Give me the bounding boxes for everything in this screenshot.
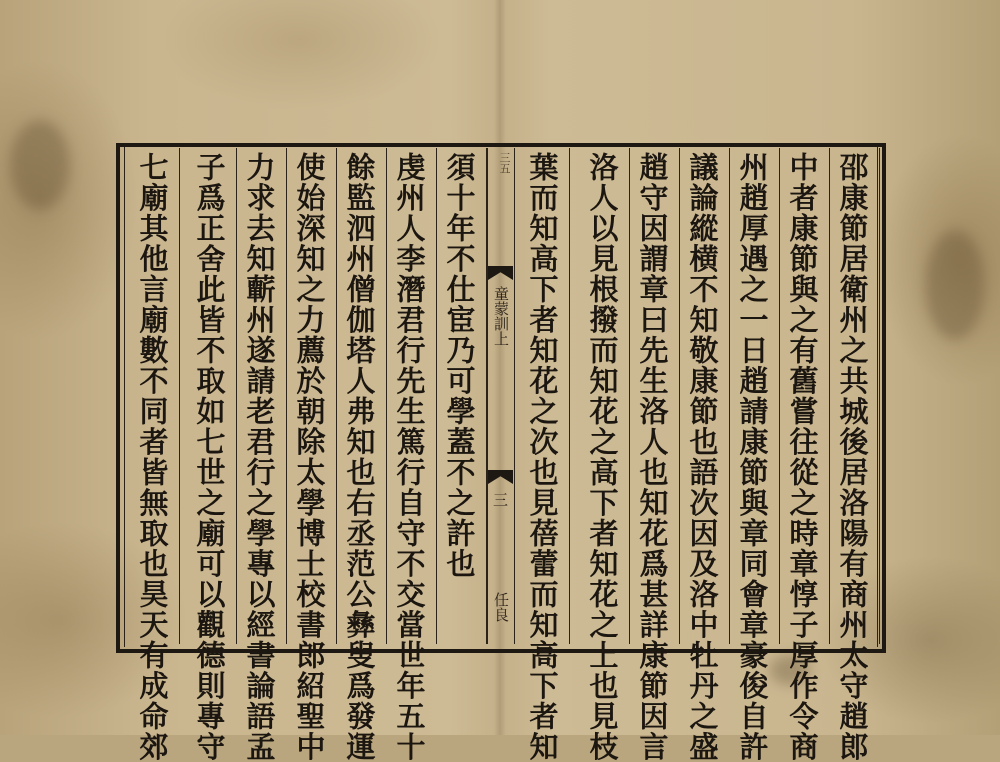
column-text: 中者康節與之有舊嘗往從之時章惇子厚作令商 [776, 152, 830, 735]
column-text: 餘監泗州僧伽塔人弗知也右丞范公彝叟爲發運 [333, 152, 387, 735]
water-stain [925, 230, 985, 340]
upper-margin-note: 三五 [492, 152, 512, 174]
text-column: 子爲正舍此皆不取如七世之廟可以觀德則專守 [183, 148, 237, 644]
text-column: 議論縱横不知敬康節也語次因及洛中牡丹之盛 [676, 148, 730, 644]
column-text: 洛人以見根撥而知花之高下者知花之上也見枝 [576, 152, 630, 735]
text-column: 中者康節與之有舊嘗往從之時章惇子厚作令商 [776, 148, 830, 644]
column-text: 使始深知之力薦於朝除太學博士校書郎紹聖中 [283, 152, 337, 735]
column-text: 州趙厚遇之一日趙請康節與章同會章豪俊自許 [726, 152, 780, 735]
book-title: 童蒙訓上 [491, 286, 511, 346]
lower-fishtail-mark [488, 470, 513, 484]
column-text: 虔州人李潛君行先生篤行自守不交當世年五十 [383, 152, 437, 735]
text-column: 七廟其他言廟數不同者皆無取也昊天有成命郊 [126, 148, 180, 644]
text-column: 邵康節居衛州之共城後居洛陽有商州太守趙郎 [826, 148, 880, 644]
column-text: 議論縱横不知敬康節也語次因及洛中牡丹之盛 [676, 152, 730, 735]
column-text: 邵康節居衛州之共城後居洛陽有商州太守趙郎 [826, 152, 880, 735]
text-column: 力求去知蘄州遂請老君行之學專以經書論語孟 [233, 148, 287, 644]
text-column: 州趙厚遇之一日趙請康節與章同會章豪俊自許 [726, 148, 780, 644]
carver-name: 任良 [491, 592, 511, 622]
column-text: 須十年不仕宦乃可學蓋不之許也 [433, 152, 487, 579]
column-text: 七廟其他言廟數不同者皆無取也昊天有成命郊 [126, 152, 180, 735]
page-number: 三 [491, 492, 511, 507]
text-column: 餘監泗州僧伽塔人弗知也右丞范公彝叟爲發運 [333, 148, 387, 644]
column-text: 葉而知高下者知花之次也見蓓蕾而知高下者知 [516, 152, 570, 735]
center-fold-banxin: 三五 童蒙訓上 三 任良 [487, 148, 515, 644]
column-text: 力求去知蘄州遂請老君行之學專以經書論語孟 [233, 152, 287, 735]
text-column: 使始深知之力薦於朝除太學博士校書郎紹聖中 [283, 148, 337, 644]
text-column: 葉而知高下者知花之次也見蓓蕾而知高下者知 [516, 148, 570, 644]
text-column: 趙守因謂章曰先生洛人也知花爲甚詳康節因言 [626, 148, 680, 644]
text-column: 洛人以見根撥而知花之高下者知花之上也見枝 [576, 148, 630, 644]
water-stain [10, 120, 70, 210]
upper-fishtail-mark [488, 266, 513, 280]
column-text: 子爲正舍此皆不取如七世之廟可以觀德則專守 [183, 152, 237, 735]
text-column: 虔州人李潛君行先生篤行自守不交當世年五十 [383, 148, 437, 644]
text-column: 須十年不仕宦乃可學蓋不之許也 [433, 148, 487, 644]
column-text: 趙守因謂章曰先生洛人也知花爲甚詳康節因言 [626, 152, 680, 735]
